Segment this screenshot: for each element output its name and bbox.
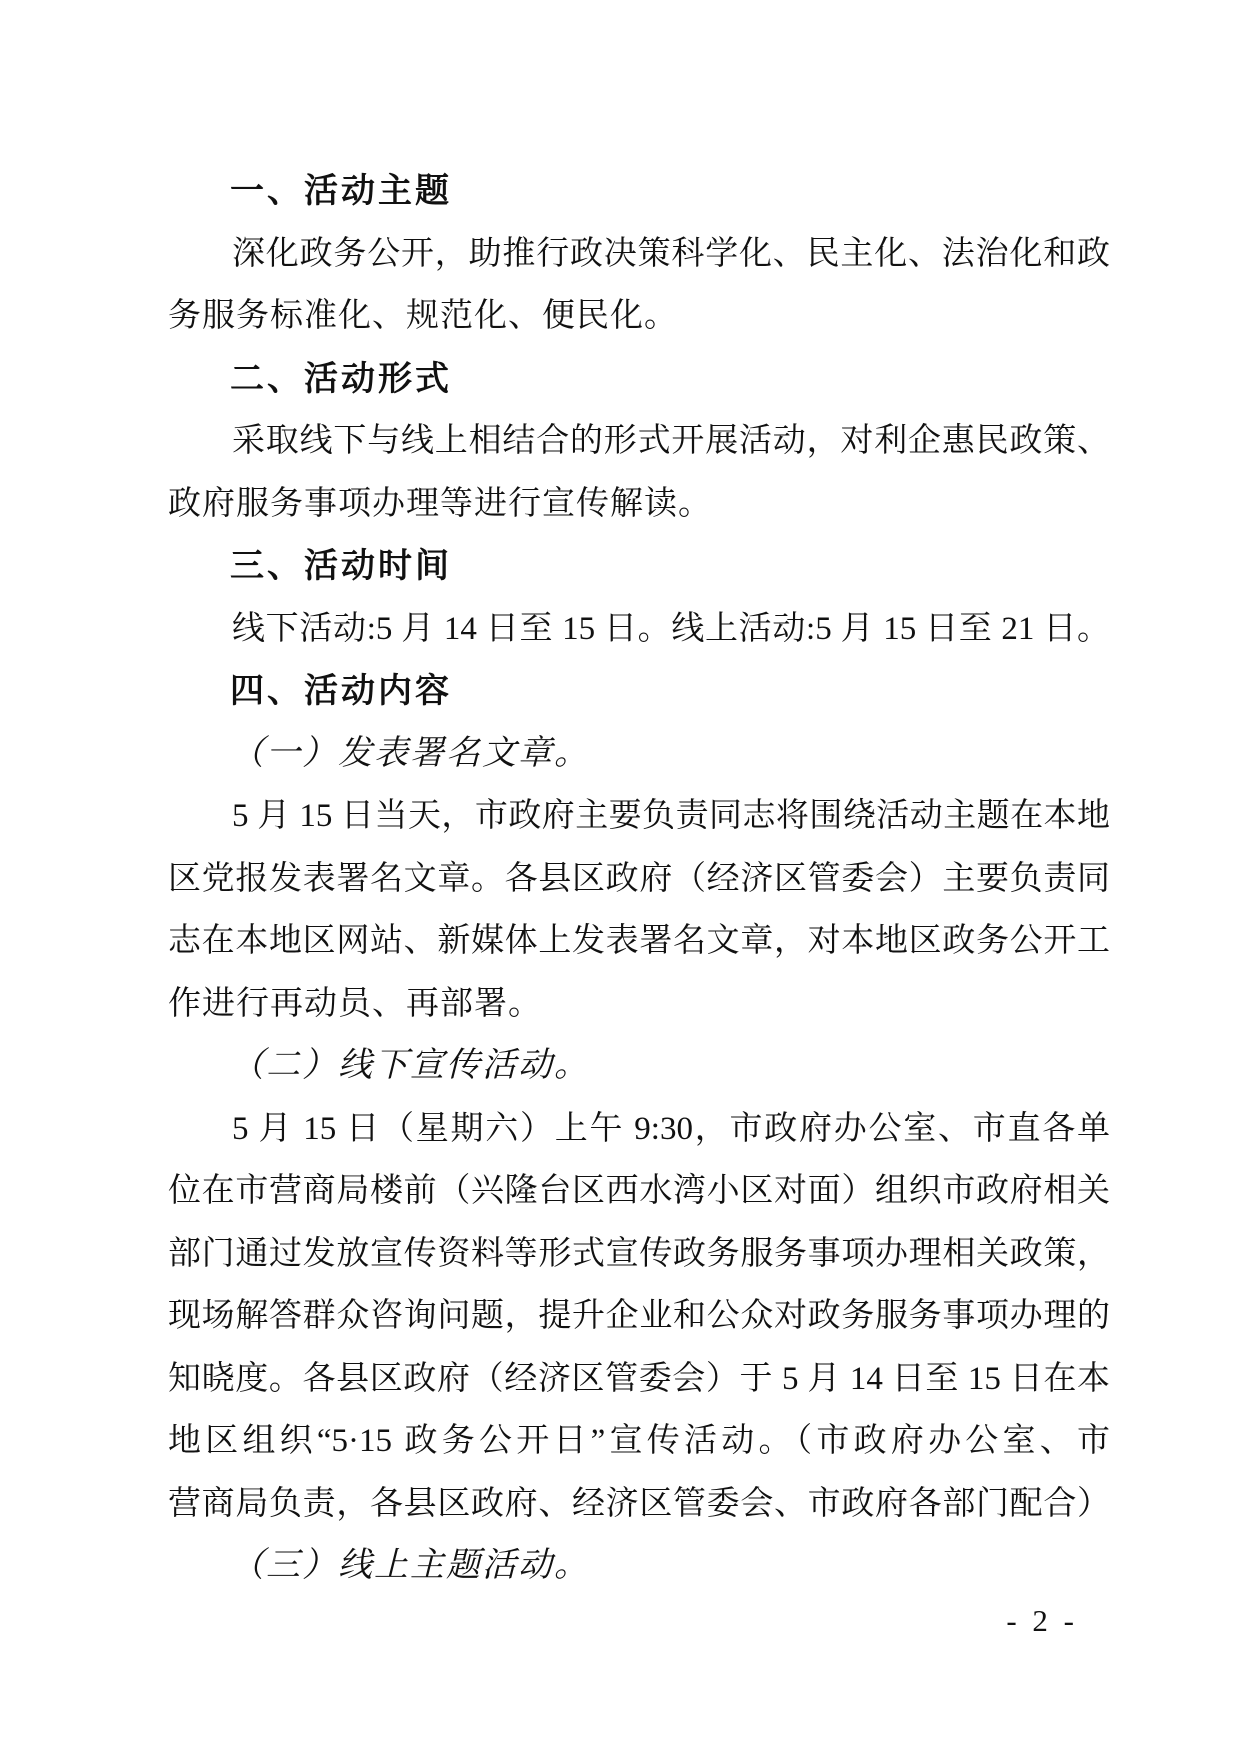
document-line-12: 区党报发表署名文章。各县区政府（经济区管委会）主要负责同	[168, 848, 1110, 911]
document-line-3: 务服务标准化、规范化、便民化。	[168, 285, 1110, 348]
document-line-23: （三）线上主题活动。	[168, 1535, 1110, 1598]
document-page: 一、活动主题深化政务公开，助推行政决策科学化、民主化、法治化和政务服务标准化、规…	[0, 0, 1240, 1754]
document-line-19: 现场解答群众咨询问题，提升企业和公众对政务服务事项办理的	[168, 1285, 1110, 1348]
document-line-2: 深化政务公开，助推行政决策科学化、民主化、法治化和政	[168, 223, 1110, 286]
document-line-16: 5 月 15 日（星期六）上午 9:30，市政府办公室、市直各单	[168, 1098, 1110, 1161]
document-line-11: 5 月 15 日当天，市政府主要负责同志将围绕活动主题在本地	[168, 785, 1110, 848]
document-line-22: 营商局负责，各县区政府、经济区管委会、市政府各部门配合）	[168, 1473, 1110, 1536]
document-line-9: 四、活动内容	[168, 660, 1110, 723]
document-line-5: 采取线下与线上相结合的形式开展活动，对利企惠民政策、	[168, 410, 1110, 473]
document-line-13: 志在本地区网站、新媒体上发表署名文章，对本地区政务公开工	[168, 910, 1110, 973]
document-line-8: 线下活动:5 月 14 日至 15 日。线上活动:5 月 15 日至 21 日。	[168, 598, 1110, 661]
document-line-15: （二）线下宣传活动。	[168, 1035, 1110, 1098]
document-body: 一、活动主题深化政务公开，助推行政决策科学化、民主化、法治化和政务服务标准化、规…	[168, 160, 1110, 1598]
document-line-7: 三、活动时间	[168, 535, 1110, 598]
document-line-20: 知晓度。各县区政府（经济区管委会）于 5 月 14 日至 15 日在本	[168, 1348, 1110, 1411]
document-line-6: 政府服务事项办理等进行宣传解读。	[168, 473, 1110, 536]
document-line-18: 部门通过发放宣传资料等形式宣传政务服务事项办理相关政策，	[168, 1223, 1110, 1286]
document-line-14: 作进行再动员、再部署。	[168, 973, 1110, 1036]
document-line-1: 一、活动主题	[168, 160, 1110, 223]
document-line-10: （一）发表署名文章。	[168, 723, 1110, 786]
page-number: - 2 -	[1006, 1603, 1078, 1639]
document-line-21: 地区组织“5·15 政务公开日”宣传活动。（市政府办公室、市	[168, 1410, 1110, 1473]
document-line-17: 位在市营商局楼前（兴隆台区西水湾小区对面）组织市政府相关	[168, 1160, 1110, 1223]
document-line-4: 二、活动形式	[168, 348, 1110, 411]
